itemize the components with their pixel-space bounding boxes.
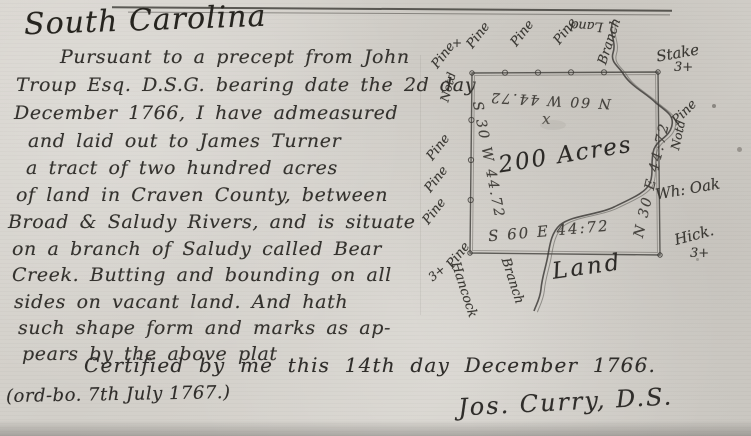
paper-stain	[696, 258, 699, 261]
body-line: of land in Craven County, between	[16, 184, 388, 206]
body-line: and laid out to James Turner	[28, 130, 341, 152]
document-title: South Carolina	[23, 0, 267, 42]
survey-document-page: South Carolina Pursuant to a precept fro…	[0, 0, 751, 436]
certification-line: Certified by me this 14th day December 1…	[84, 353, 656, 377]
body-line: sides on vacant land. And hath	[14, 291, 348, 313]
body-line: such shape form and marks as ap-	[18, 317, 391, 339]
body-line: Broad & Saludy Rivers, and is situate	[8, 211, 416, 233]
surveyor-signature: Jos. Curry, D.S.	[457, 382, 673, 421]
paper-stain	[540, 120, 566, 130]
body-line: December 1766, I have admeasured	[14, 102, 398, 124]
body-line: Troup Esq. D.S.G. bearing date the 2d da…	[16, 74, 476, 96]
body-line: on a branch of Saludy called Bear	[12, 238, 382, 260]
paper-stain	[712, 104, 716, 108]
corner-notches: 3+	[690, 246, 709, 261]
recording-note: (ord-bo. 7th July 1767.)	[6, 382, 231, 407]
body-line: a tract of two hundred acres	[26, 157, 338, 179]
body-line: Creek. Butting and bounding on all	[12, 264, 392, 286]
paper-stain	[737, 147, 742, 152]
corner-notches: 3+	[674, 60, 693, 75]
body-line: Pursuant to a precept from John	[60, 46, 410, 68]
adjoining-land-label-top: Land	[570, 17, 604, 34]
